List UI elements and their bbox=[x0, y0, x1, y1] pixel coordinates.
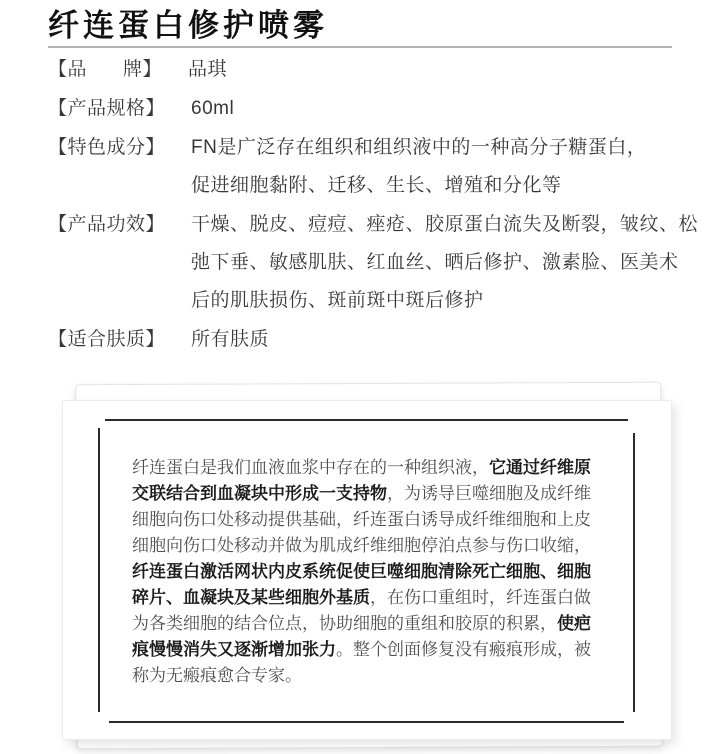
info-card-stack: 纤连蛋白是我们血液血浆中存在的一种组织液，它通过纤维原 交联结合到血凝块中形成一… bbox=[0, 372, 720, 754]
page-title: 纤连蛋白修护喷雾 bbox=[0, 0, 720, 42]
frame-left-line bbox=[98, 428, 100, 712]
title-divider bbox=[48, 46, 672, 48]
spec-row-effect: 【产品功效】 干燥、脱皮、痘痘、痤疮、胶原蛋白流失及断裂，皱纹、松 弛下垂、敏感… bbox=[48, 206, 720, 320]
frame-top-line bbox=[105, 419, 628, 421]
bracket-open: 【 bbox=[48, 90, 68, 128]
spec-label-skin-type: 【适合肤质】 bbox=[48, 321, 165, 359]
spec-label-text: 产品规格 bbox=[68, 90, 146, 128]
spec-label-text: 产品功效 bbox=[68, 206, 146, 244]
spec-row-size: 【产品规格】 60ml bbox=[48, 90, 720, 128]
spec-row-skin-type: 【适合肤质】 所有肤质 bbox=[48, 321, 720, 359]
bracket-close: 】 bbox=[146, 206, 166, 244]
spec-value-size: 60ml bbox=[191, 90, 720, 128]
spec-row-brand: 【品牌】 品琪 bbox=[48, 51, 720, 89]
bracket-close: 】 bbox=[142, 51, 162, 89]
spec-value-skin-type: 所有肤质 bbox=[191, 321, 720, 359]
spec-list: 【品牌】 品琪 【产品规格】 60ml 【特色成分】 FN是广泛存在组织和组织液… bbox=[48, 51, 720, 359]
spec-row-ingredient: 【特色成分】 FN是广泛存在组织和组织液中的一种高分子糖蛋白， 促进细胞黏附、迁… bbox=[48, 129, 720, 205]
bracket-open: 【 bbox=[48, 206, 68, 244]
spec-label-brand: 【品牌】 bbox=[48, 51, 162, 89]
spec-label-text: 适合肤质 bbox=[68, 321, 146, 359]
bracket-close: 】 bbox=[146, 129, 166, 167]
spec-label-size: 【产品规格】 bbox=[48, 90, 165, 128]
bracket-open: 【 bbox=[48, 321, 68, 359]
spec-label-text: 特色成分 bbox=[68, 129, 146, 167]
frame-right-line bbox=[633, 433, 635, 712]
info-card: 纤连蛋白是我们血液血浆中存在的一种组织液，它通过纤维原 交联结合到血凝块中形成一… bbox=[62, 400, 672, 740]
bracket-close: 】 bbox=[146, 90, 166, 128]
spec-label-ingredient: 【特色成分】 bbox=[48, 129, 165, 167]
spec-value-brand: 品琪 bbox=[188, 51, 720, 89]
product-detail-page: 纤连蛋白修护喷雾 【品牌】 品琪 【产品规格】 60ml 【特色成分】 FN是广… bbox=[0, 0, 720, 754]
frame-bottom-line bbox=[109, 721, 624, 723]
spec-label-text: 品牌 bbox=[68, 51, 143, 89]
bracket-open: 【 bbox=[48, 129, 68, 167]
info-paragraph: 纤连蛋白是我们血液血浆中存在的一种组织液，它通过纤维原 交联结合到血凝块中形成一… bbox=[132, 455, 595, 689]
spec-value-ingredient: FN是广泛存在组织和组织液中的一种高分子糖蛋白， 促进细胞黏附、迁移、生长、增殖… bbox=[191, 129, 720, 205]
bracket-close: 】 bbox=[146, 321, 166, 359]
spec-value-effect: 干燥、脱皮、痘痘、痤疮、胶原蛋白流失及断裂，皱纹、松 弛下垂、敏感肌肤、红血丝、… bbox=[191, 206, 720, 320]
bracket-open: 【 bbox=[48, 51, 68, 89]
spec-label-effect: 【产品功效】 bbox=[48, 206, 165, 244]
